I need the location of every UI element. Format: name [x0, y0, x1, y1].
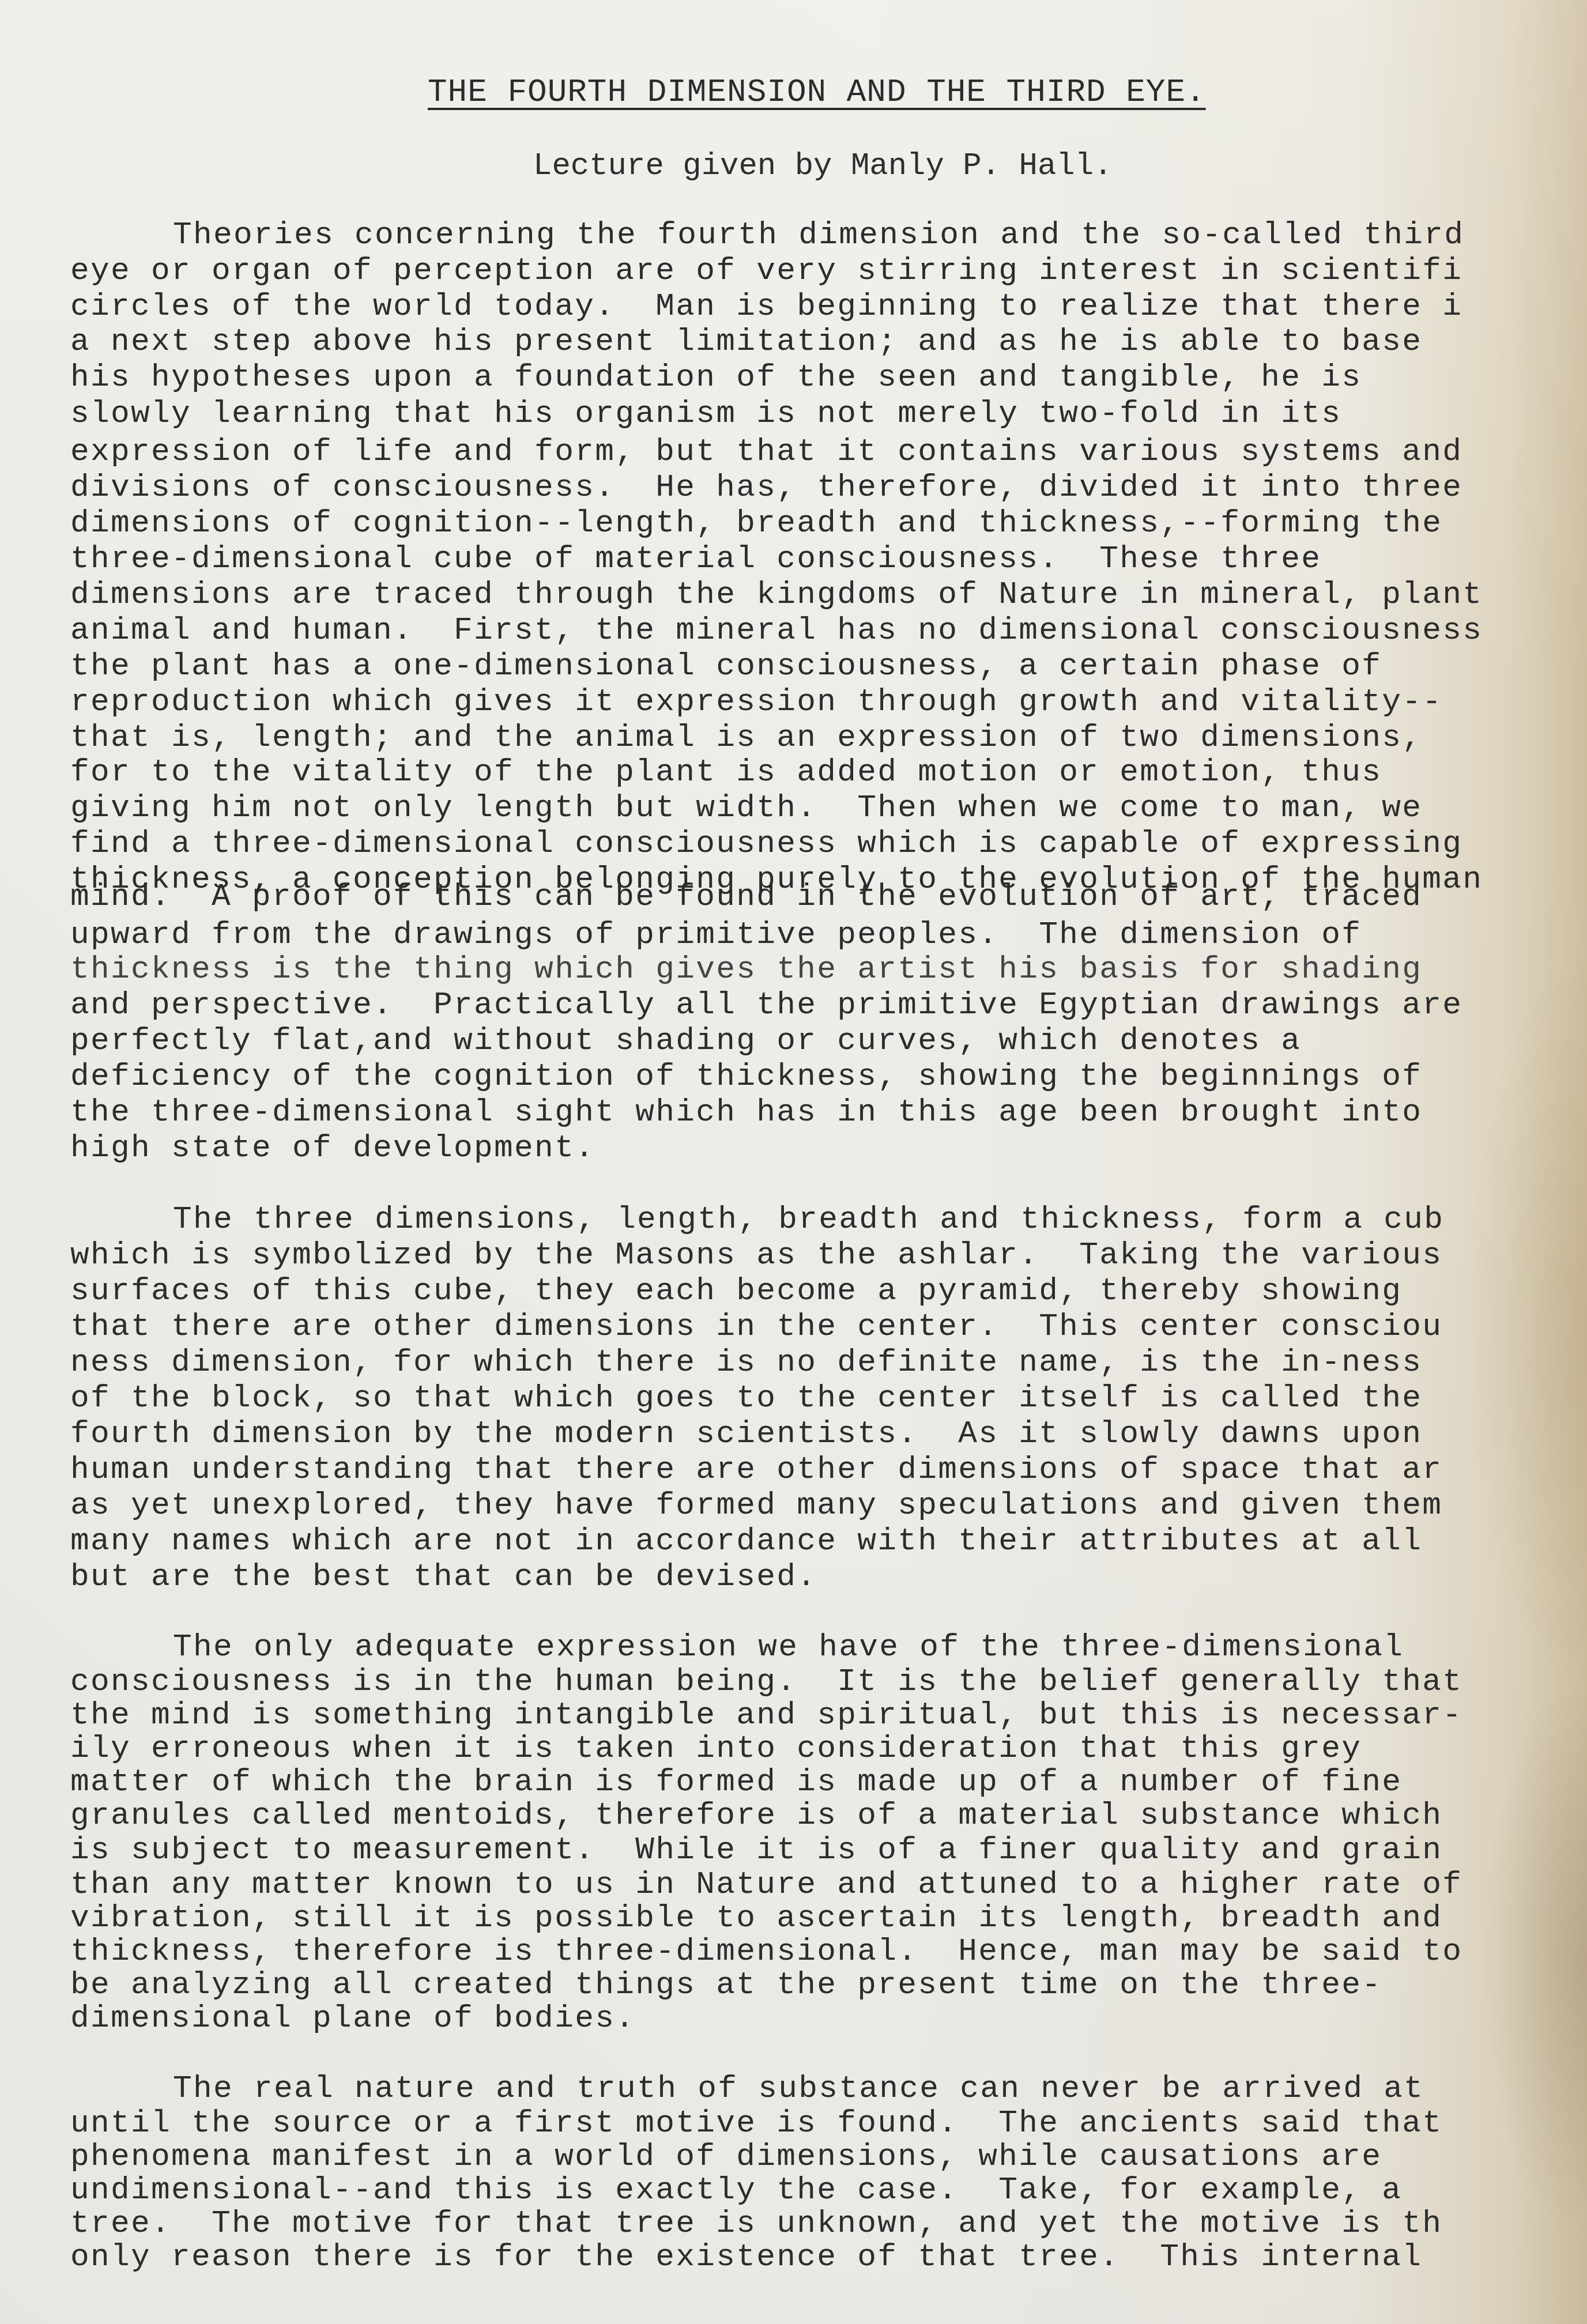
text-line: dimensional plane of bodies. [70, 2004, 635, 2035]
text-line: until the source or a first motive is fo… [70, 2108, 1442, 2140]
text-line: undimensional--and this is exactly the c… [70, 2175, 1402, 2207]
text-line: a next step above his present limitation… [70, 327, 1422, 359]
text-line: ily erroneous when it is taken into cons… [70, 1734, 1362, 1765]
text-line: for to the vitality of the plant is adde… [70, 757, 1382, 789]
text-line: deficiency of the cognition of thickness… [70, 1062, 1422, 1093]
text-line: the mind is something intangible and spi… [70, 1700, 1462, 1732]
text-line: the three-dimensional sight which has in… [70, 1097, 1422, 1129]
text-line: his hypotheses upon a foundation of the … [70, 363, 1362, 394]
text-line: than any matter known to us in Nature an… [70, 1870, 1462, 1902]
text-line: The only adequate expression we have of … [173, 1632, 1404, 1664]
text-line: The real nature and truth of substance c… [173, 2074, 1424, 2106]
text-line: and perspective. Practically all the pri… [70, 990, 1462, 1022]
text-line: phenomena manifest in a world of dimensi… [70, 2142, 1382, 2174]
text-line: Theories concerning the fourth dimension… [173, 220, 1464, 252]
text-line: vibration, still it is possible to ascer… [70, 1903, 1442, 1935]
text-line: upward from the drawings of primitive pe… [70, 920, 1362, 952]
document-subtitle: Lecture given by Manly P. Hall. [533, 149, 1113, 184]
text-line: as yet unexplored, they have formed many… [70, 1491, 1442, 1522]
text-line: only reason there is for the existence o… [70, 2242, 1422, 2274]
text-line: is subject to measurement. While it is o… [70, 1835, 1442, 1867]
text-line: dimensions are traced through the kingdo… [70, 580, 1483, 612]
text-line: three-dimensional cube of material consc… [70, 544, 1321, 576]
text-line: The three dimensions, length, breadth an… [173, 1205, 1444, 1236]
text-line: perfectly flat,and without shading or cu… [70, 1026, 1301, 1058]
text-line: human understanding that there are other… [70, 1455, 1442, 1487]
text-line: mind. A proof of this can be found in th… [70, 882, 1422, 914]
text-line: reproduction which gives it expression t… [70, 687, 1442, 719]
text-line: thickness, therefore is three-dimensiona… [70, 1937, 1462, 1968]
text-line: dimensions of cognition--length, breadth… [70, 508, 1442, 540]
text-line: matter of which the brain is formed is m… [70, 1767, 1402, 1799]
text-line: tree. The motive for that tree is unknow… [70, 2209, 1442, 2240]
text-line: that there are other dimensions in the c… [70, 1312, 1442, 1344]
text-line: divisions of consciousness. He has, ther… [70, 473, 1462, 504]
text-line: giving him not only length but width. Th… [70, 793, 1422, 825]
text-line: expression of life and form, but that it… [70, 437, 1462, 469]
text-line: circles of the world today. Man is begin… [70, 292, 1462, 323]
text-line: but are the best that can be devised. [70, 1562, 817, 1594]
typewritten-document: THE FOURTH DIMENSION AND THE THIRD EYE. … [0, 0, 1587, 2324]
text-line: the plant has a one-dimensional consciou… [70, 651, 1382, 683]
text-line: fourth dimension by the modern scientist… [70, 1419, 1422, 1451]
text-line: high state of development. [70, 1133, 595, 1165]
text-line: of the block, so that which goes to the … [70, 1383, 1422, 1415]
text-line: ness dimension, for which there is no de… [70, 1348, 1422, 1379]
text-line: find a three-dimensional consciousness w… [70, 829, 1462, 861]
text-line: that is, length; and the animal is an ex… [70, 723, 1422, 754]
text-line: which is symbolized by the Masons as the… [70, 1240, 1442, 1272]
document-title: THE FOURTH DIMENSION AND THE THIRD EYE. [428, 74, 1206, 111]
text-line: many names which are not in accordance w… [70, 1526, 1422, 1558]
text-line: surfaces of this cube, they each become … [70, 1276, 1402, 1308]
text-line: granules called mentoids, therefore is o… [70, 1801, 1442, 1832]
text-line: thickness is the thing which gives the a… [70, 954, 1422, 986]
text-line: animal and human. First, the mineral has… [70, 616, 1483, 647]
text-line: consciousness is in the human being. It … [70, 1667, 1462, 1699]
text-line: slowly learning that his organism is not… [70, 399, 1341, 431]
text-line: eye or organ of perception are of very s… [70, 256, 1462, 288]
text-line: be analyzing all created things at the p… [70, 1970, 1382, 2002]
